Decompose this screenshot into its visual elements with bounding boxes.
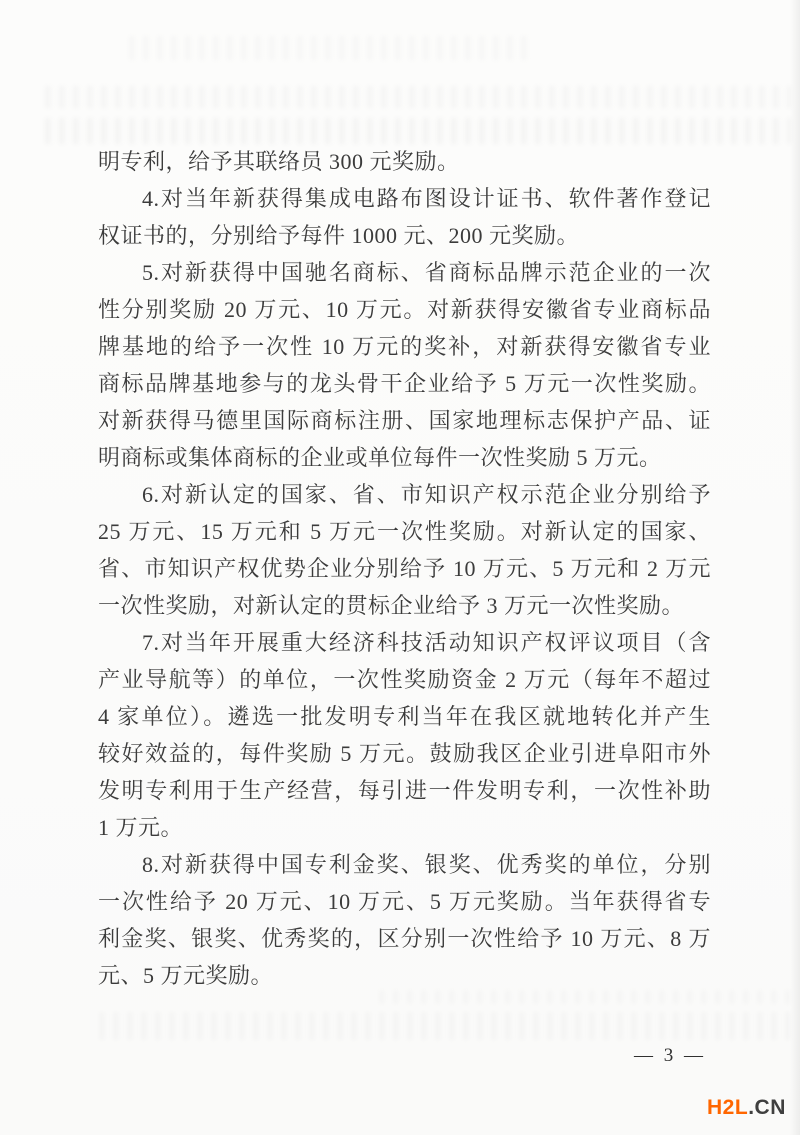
text-line: 4.对当年新获得集成电路布图设计证书、软件著作登记	[142, 180, 711, 217]
text-line: 一次性奖励，对新认定的贯标企业给予 3 万元一次性奖励。	[98, 587, 711, 624]
watermark: H2L.CN	[707, 1096, 786, 1120]
text-line: 利金奖、银奖、优秀奖的，区分别一次性给予 10 万元、8 万	[98, 920, 711, 957]
watermark-primary-text: H2L	[707, 1096, 748, 1119]
text-line: 7.对当年开展重大经济科技活动知识产权评议项目（含	[142, 624, 711, 661]
text-line: 5.对新获得中国驰名商标、省商标品牌示范企业的一次	[142, 254, 711, 291]
text-line: 发明专利用于生产经营，每引进一件发明专利，一次性补助	[98, 772, 711, 809]
text-line: 商标品牌基地参与的龙头骨干企业给予 5 万元一次性奖励。	[98, 365, 711, 402]
text-line: 元、5 万元奖励。	[98, 957, 711, 994]
watermark-secondary-text: .CN	[748, 1096, 786, 1119]
text-line: 明专利，给予其联络员 300 元奖励。	[98, 143, 711, 180]
text-line: 4 家单位）。遴选一批发明专利当年在我区就地转化并产生	[98, 698, 711, 735]
scan-edge-shading	[790, 0, 800, 1135]
text-line: 权证书的，分别给予每件 1000 元、200 元奖励。	[98, 217, 711, 254]
text-line: 8.对新获得中国专利金奖、银奖、优秀奖的单位，分别	[142, 846, 711, 883]
bleed-through-artifact	[46, 86, 790, 108]
text-line: 对新获得马德里国际商标注册、国家地理标志保护产品、证	[98, 402, 711, 439]
bleed-through-artifact	[100, 1012, 790, 1040]
text-line: 省、市知识产权优势企业分别给予 10 万元、5 万元和 2 万元	[98, 550, 711, 587]
text-line: 一次性给予 20 万元、10 万元、5 万元奖励。当年获得省专	[98, 883, 711, 920]
page-number: — 3 —	[560, 1045, 780, 1067]
document-body: 明专利，给予其联络员 300 元奖励。4.对当年新获得集成电路布图设计证书、软件…	[98, 143, 711, 994]
bleed-through-artifact	[46, 118, 790, 144]
text-line: 产业导航等）的单位，一次性奖励资金 2 万元（每年不超过	[98, 661, 711, 698]
bleed-through-artifact	[130, 36, 530, 60]
text-line: 性分别奖励 20 万元、10 万元。对新获得安徽省专业商标品	[98, 291, 711, 328]
text-line: 较好效益的，每件奖励 5 万元。鼓励我区企业引进阜阳市外	[98, 735, 711, 772]
text-line: 25 万元、15 万元和 5 万元一次性奖励。对新认定的国家、	[98, 513, 711, 550]
text-line: 6.对新认定的国家、省、市知识产权示范企业分别给予	[142, 476, 711, 513]
text-line: 牌基地的给予一次性 10 万元的奖补，对新获得安徽省专业	[98, 328, 711, 365]
scanned-document-page: 明专利，给予其联络员 300 元奖励。4.对当年新获得集成电路布图设计证书、软件…	[0, 0, 800, 1135]
text-line: 1 万元。	[98, 809, 711, 846]
text-line: 明商标或集体商标的企业或单位每件一次性奖励 5 万元。	[98, 439, 711, 476]
